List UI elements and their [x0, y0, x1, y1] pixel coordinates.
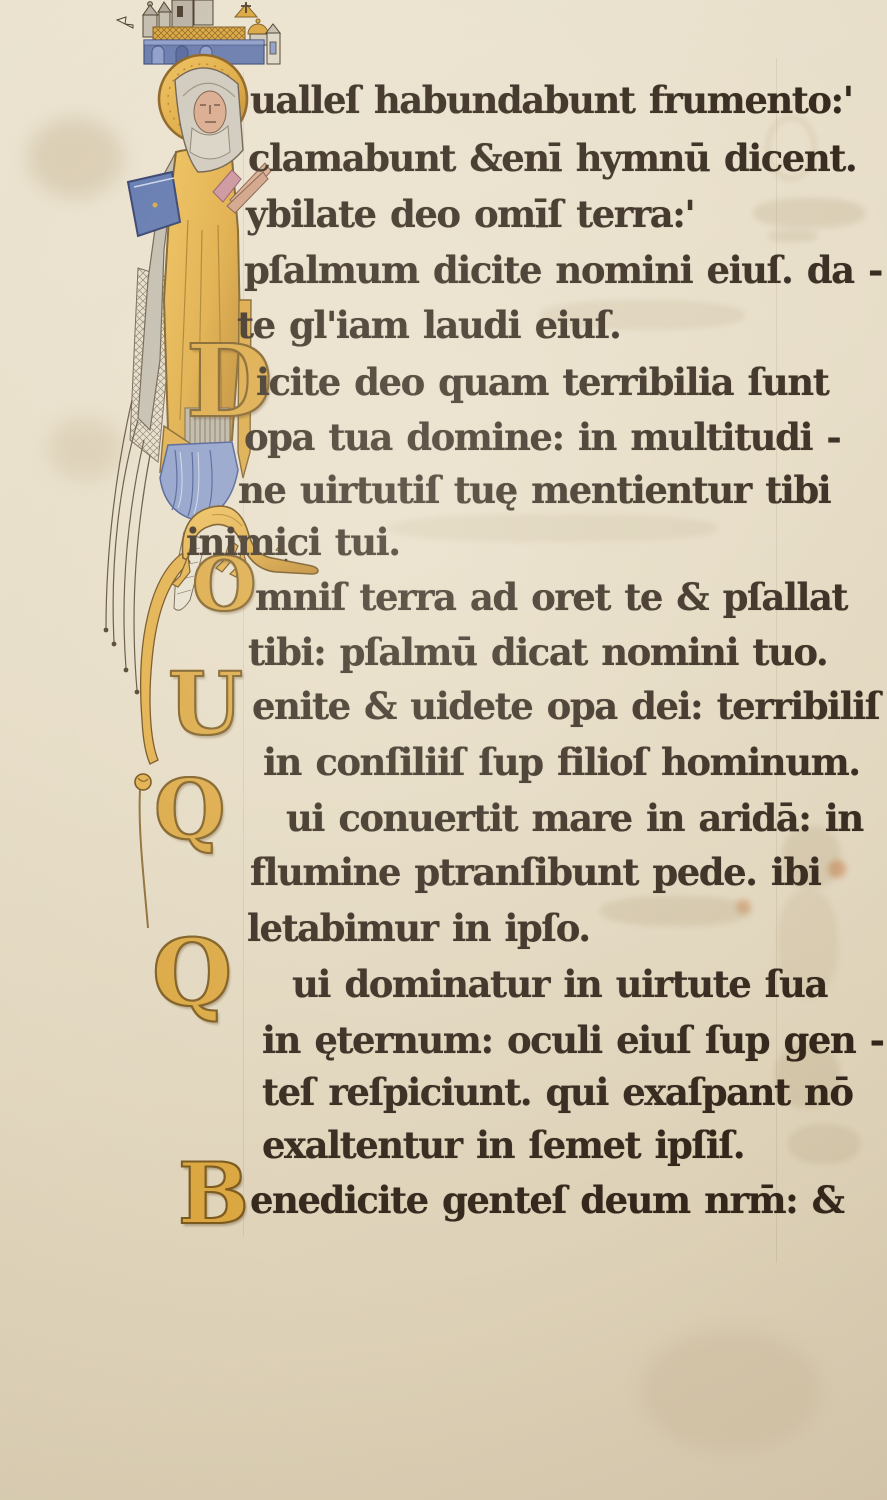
text-line: icite deo quam terribilia ſunt: [256, 360, 828, 404]
text-line: enedicite genteſ deum nrm̄: &: [250, 1178, 844, 1222]
text-line: ne uirtutiſ tuę mentientur tibi: [238, 468, 830, 512]
show-through-mark: [753, 198, 865, 228]
text-line: in ęternum: oculi eiuſ ſup gen -: [262, 1018, 884, 1062]
text-line: in conſiliiſ ſup filioſ hominum.: [263, 740, 860, 784]
text-line: ui dominatur in uirtute ſua: [292, 962, 827, 1006]
text-line: inimici tui.: [186, 520, 400, 564]
show-through-mark: [388, 514, 718, 542]
text-line: tibi: pſalmū dicat nomini tuo.: [248, 630, 827, 674]
text-line: mniſ terra ad oret te & pſallat: [255, 575, 847, 619]
text-line: enite & uidete opa dei: terribiliſ: [252, 684, 879, 728]
illuminated-initial-Q2: Q: [152, 932, 232, 1015]
text-line: ui conuertit mare in aridā: in: [286, 796, 863, 840]
show-through-mark: [600, 896, 750, 926]
text-line: opa tua domine: in multitudi -: [244, 415, 840, 459]
show-through-mark: [788, 1124, 860, 1164]
text-line: letabimur in ipſo.: [247, 906, 590, 950]
text-line: ualleſ habundabunt frumento:': [250, 78, 853, 122]
text-line: ybilate deo omīſ terra:': [246, 192, 694, 236]
illuminated-initial-B: B: [178, 1156, 249, 1232]
show-through-mark: [768, 230, 818, 242]
illuminated-initial-U: U: [168, 666, 243, 743]
illuminated-initial-Q: Q: [154, 774, 225, 848]
text-line: exaltentur in ſemet ipſiſ.: [262, 1123, 744, 1167]
parchment-stain: [640, 1330, 820, 1450]
text-line: clamabunt &enī hymnū dicent.: [248, 136, 856, 180]
text-line: te gl'iam laudi eiuſ.: [237, 303, 620, 347]
text-line: teſ reſpiciunt. qui exaſpant nō: [262, 1070, 853, 1114]
manuscript-page: D O U Q Q B ualleſ habundabunt frumento:…: [0, 0, 887, 1500]
text-line: flumine ptranſibunt pede. ibi: [250, 850, 820, 894]
show-through-mark: [828, 860, 846, 878]
show-through-mark: [736, 899, 751, 914]
text-line: pſalmum dicite nomini eiuſ. da -: [244, 248, 882, 292]
